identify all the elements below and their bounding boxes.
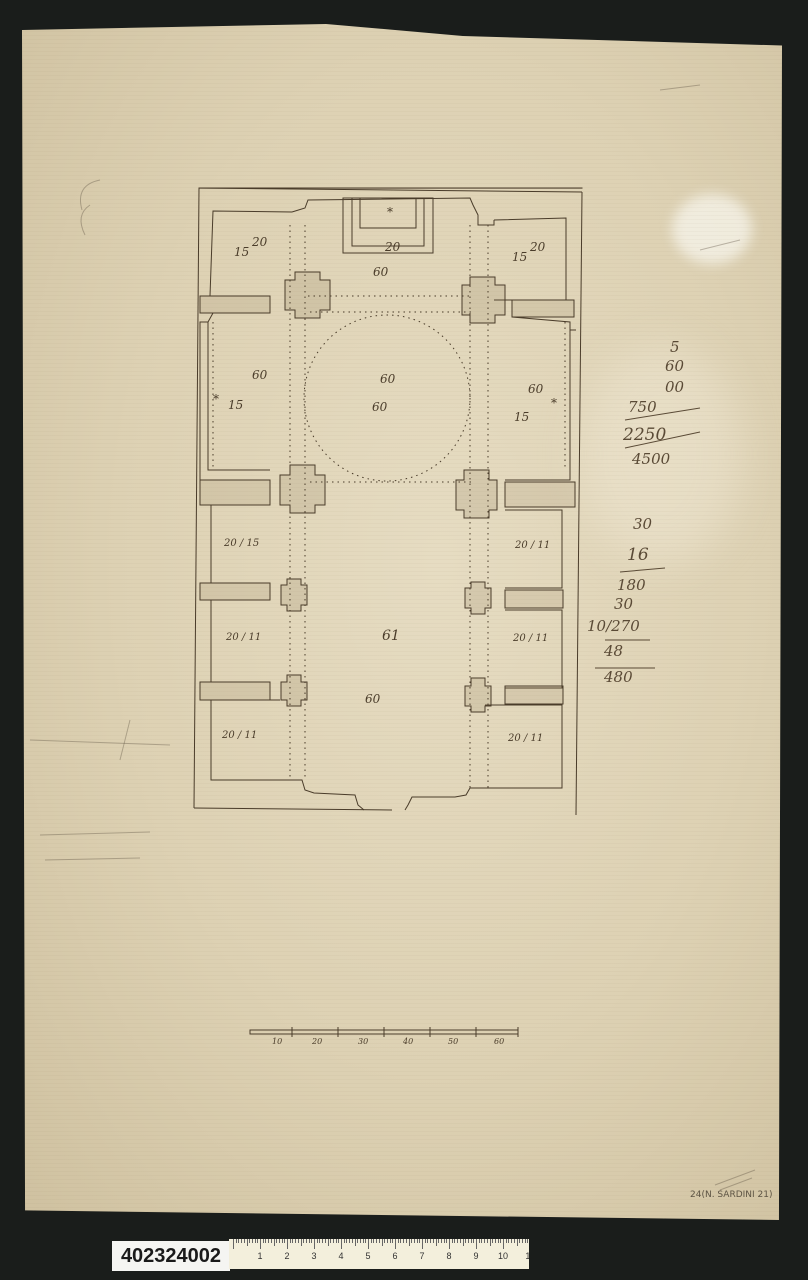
ruler-tick — [244, 1239, 245, 1243]
ruler-tick — [292, 1239, 293, 1243]
label-top-chamber-small: 20 — [385, 240, 400, 254]
ruler-number: 7 — [419, 1251, 424, 1261]
label-chapel-r1: 20 / 11 — [515, 540, 550, 551]
ruler-tick — [468, 1239, 469, 1243]
scale-label-40: 40 — [403, 1037, 413, 1046]
ruler-tick — [241, 1239, 242, 1243]
ruler-tick — [487, 1239, 488, 1243]
ruler-tick — [384, 1239, 385, 1243]
ruler-tick — [414, 1239, 415, 1243]
label-chapel-l3: 20 / 11 — [222, 730, 257, 741]
calc-line: 750 — [628, 398, 657, 416]
ruler-tick — [498, 1239, 499, 1243]
ruler-tick — [433, 1239, 434, 1243]
ruler-tick — [376, 1239, 377, 1243]
ruler-tick — [465, 1239, 466, 1243]
ruler-tick — [387, 1239, 388, 1243]
ruler-tick — [236, 1239, 237, 1243]
ruler-tick — [446, 1239, 447, 1243]
ruler-tick — [301, 1239, 302, 1246]
ruler-number: 9 — [473, 1251, 478, 1261]
ruler-tick — [333, 1239, 334, 1243]
archive-pencil-note: 24(N. SARDINI 21) — [690, 1190, 773, 1200]
label-chapel-r3: 20 / 11 — [508, 733, 543, 744]
ruler-tick — [290, 1239, 291, 1243]
label-room-tl-depth: 15 — [234, 245, 249, 259]
ruler-tick — [298, 1239, 299, 1243]
label-room-tr-width: 20 — [530, 240, 545, 254]
label-dome-inner: 60 — [372, 400, 387, 414]
ruler-tick — [519, 1239, 520, 1243]
ruler-tick — [444, 1239, 445, 1243]
ruler-tick — [460, 1239, 461, 1243]
ruler-tick — [336, 1239, 337, 1243]
ruler-tick — [344, 1239, 345, 1243]
ruler-number: 3 — [311, 1251, 316, 1261]
ruler-tick — [406, 1239, 407, 1243]
ruler-tick — [500, 1239, 501, 1243]
label-top-chamber: 60 — [373, 265, 388, 279]
label-right-bay-a: 60 — [528, 382, 543, 396]
ruler-tick — [274, 1239, 275, 1246]
label-nave-length: 61 — [382, 628, 400, 644]
ruler-tick — [430, 1239, 431, 1243]
scale-label-30: 30 — [358, 1037, 368, 1046]
scale-label-10: 10 — [272, 1037, 282, 1046]
ruler-tick — [409, 1239, 410, 1246]
ruler-tick — [255, 1239, 256, 1243]
ruler-tick — [419, 1239, 420, 1243]
ruler-tick — [306, 1239, 307, 1243]
ruler-tick — [490, 1239, 491, 1246]
label-nave-width: 60 — [365, 692, 380, 706]
ruler-tick — [395, 1239, 396, 1249]
ruler-tick — [233, 1239, 234, 1249]
calc-line: 16 — [627, 545, 649, 565]
catalog-number-label: 402324002 — [112, 1241, 230, 1271]
ruler-tick — [425, 1239, 426, 1243]
label-room-tl-width: 20 — [252, 235, 267, 249]
scale-label-50: 50 — [448, 1037, 458, 1046]
ruler-tick — [417, 1239, 418, 1243]
ruler-number: 8 — [446, 1251, 451, 1261]
ruler-tick — [352, 1239, 353, 1243]
ruler-tick — [319, 1239, 320, 1243]
label-chapel-r2: 20 / 11 — [513, 633, 548, 644]
calc-line: 480 — [604, 668, 633, 686]
ruler-tick — [314, 1239, 315, 1249]
ruler-number: 2 — [284, 1251, 289, 1261]
ruler-tick — [436, 1239, 437, 1246]
ruler-tick — [517, 1239, 518, 1246]
ruler-tick — [368, 1239, 369, 1249]
ruler-tick — [508, 1239, 509, 1243]
ruler-tick — [311, 1239, 312, 1243]
ruler-tick — [365, 1239, 366, 1243]
ruler-tick — [484, 1239, 485, 1243]
ruler-tick — [441, 1239, 442, 1243]
ruler-number: 10 — [498, 1251, 508, 1261]
ruler-tick — [463, 1239, 464, 1246]
scale-label-60: 60 — [494, 1037, 504, 1046]
ruler-tick — [349, 1239, 350, 1243]
label-right-bay-b: 15 — [514, 410, 529, 424]
calc-line: 48 — [604, 642, 623, 660]
ruler-tick — [295, 1239, 296, 1243]
ruler-tick — [438, 1239, 439, 1243]
ruler-tick — [476, 1239, 477, 1249]
ruler-tick — [341, 1239, 342, 1249]
calc-line: 2250 — [623, 425, 666, 445]
ruler-tick — [514, 1239, 515, 1243]
ruler-tick — [276, 1239, 277, 1243]
ruler-tick — [411, 1239, 412, 1243]
label-chapel-l1: 20 / 15 — [224, 538, 259, 549]
ruler-tick — [338, 1239, 339, 1243]
ruler-tick — [360, 1239, 361, 1243]
ruler-tick — [252, 1239, 253, 1243]
calc-line: 4500 — [632, 450, 670, 468]
ruler-tick — [479, 1239, 480, 1243]
ruler-tick — [279, 1239, 280, 1243]
ruler-tick — [355, 1239, 356, 1246]
ruler-tick — [449, 1239, 450, 1249]
marker-star-right: * — [551, 396, 557, 410]
ruler-tick — [263, 1239, 264, 1243]
calc-line: 180 — [617, 576, 646, 594]
marker-star: * — [387, 205, 393, 219]
ruler-tick — [328, 1239, 329, 1246]
ruler-tick — [309, 1239, 310, 1243]
ruler-tick — [284, 1239, 285, 1243]
calc-line: 60 — [665, 357, 684, 375]
ruler-tick — [325, 1239, 326, 1243]
ruler-number: 1 — [257, 1251, 262, 1261]
ruler-number: 11 — [525, 1251, 529, 1261]
ruler-tick — [506, 1239, 507, 1243]
ruler-tick — [454, 1239, 455, 1243]
ruler-tick — [390, 1239, 391, 1243]
ruler-tick — [363, 1239, 364, 1243]
ruler-tick — [495, 1239, 496, 1243]
ruler-tick — [457, 1239, 458, 1243]
ruler-tick — [371, 1239, 372, 1243]
ruler-tick — [346, 1239, 347, 1243]
ruler-tick — [473, 1239, 474, 1243]
calc-line: 30 — [633, 515, 652, 533]
ruler-tick — [330, 1239, 331, 1243]
ruler-tick — [492, 1239, 493, 1243]
ruler-tick — [400, 1239, 401, 1243]
ruler-tick — [322, 1239, 323, 1243]
ruler-tick — [422, 1239, 423, 1249]
ruler-tick — [503, 1239, 504, 1249]
measurement-ruler: 1234567891011 — [229, 1239, 529, 1269]
ruler-tick — [522, 1239, 523, 1243]
ruler-tick — [249, 1239, 250, 1243]
label-chapel-l2: 20 / 11 — [226, 632, 261, 643]
ruler-tick — [511, 1239, 512, 1243]
ruler-tick — [287, 1239, 288, 1249]
ruler-tick — [471, 1239, 472, 1243]
ruler-tick — [247, 1239, 248, 1246]
ruler-tick — [527, 1239, 528, 1243]
ruler-tick — [481, 1239, 482, 1243]
ruler-tick — [238, 1239, 239, 1243]
ruler-tick — [525, 1239, 526, 1243]
marker-star-left: * — [213, 392, 219, 406]
ruler-number: 6 — [392, 1251, 397, 1261]
calc-line: 30 — [614, 595, 633, 613]
calc-line: 00 — [665, 378, 684, 396]
calc-line: 5 — [670, 338, 680, 356]
ruler-number: 4 — [338, 1251, 343, 1261]
ruler-tick — [427, 1239, 428, 1243]
ruler-tick — [373, 1239, 374, 1243]
ruler-tick — [271, 1239, 272, 1243]
scale-label-20: 20 — [312, 1037, 322, 1046]
label-left-bay-a: 60 — [252, 368, 267, 382]
label-room-tr-depth: 15 — [512, 250, 527, 264]
label-left-bay-b: 15 — [228, 398, 243, 412]
ruler-tick — [379, 1239, 380, 1243]
ruler-number: 5 — [365, 1251, 370, 1261]
ruler-tick — [357, 1239, 358, 1243]
ruler-tick — [392, 1239, 393, 1243]
ruler-tick — [303, 1239, 304, 1243]
ruler-tick — [403, 1239, 404, 1243]
ruler-tick — [260, 1239, 261, 1249]
ruler-tick — [268, 1239, 269, 1243]
ruler-tick — [398, 1239, 399, 1243]
calc-line: 10/270 — [587, 617, 640, 635]
ruler-tick — [265, 1239, 266, 1243]
ruler-tick — [317, 1239, 318, 1243]
ruler-tick — [382, 1239, 383, 1246]
ruler-tick — [452, 1239, 453, 1243]
label-dome-outer: 60 — [380, 372, 395, 386]
ruler-tick — [282, 1239, 283, 1243]
ruler-tick — [257, 1239, 258, 1243]
floor-plan-drawing — [0, 0, 808, 1280]
